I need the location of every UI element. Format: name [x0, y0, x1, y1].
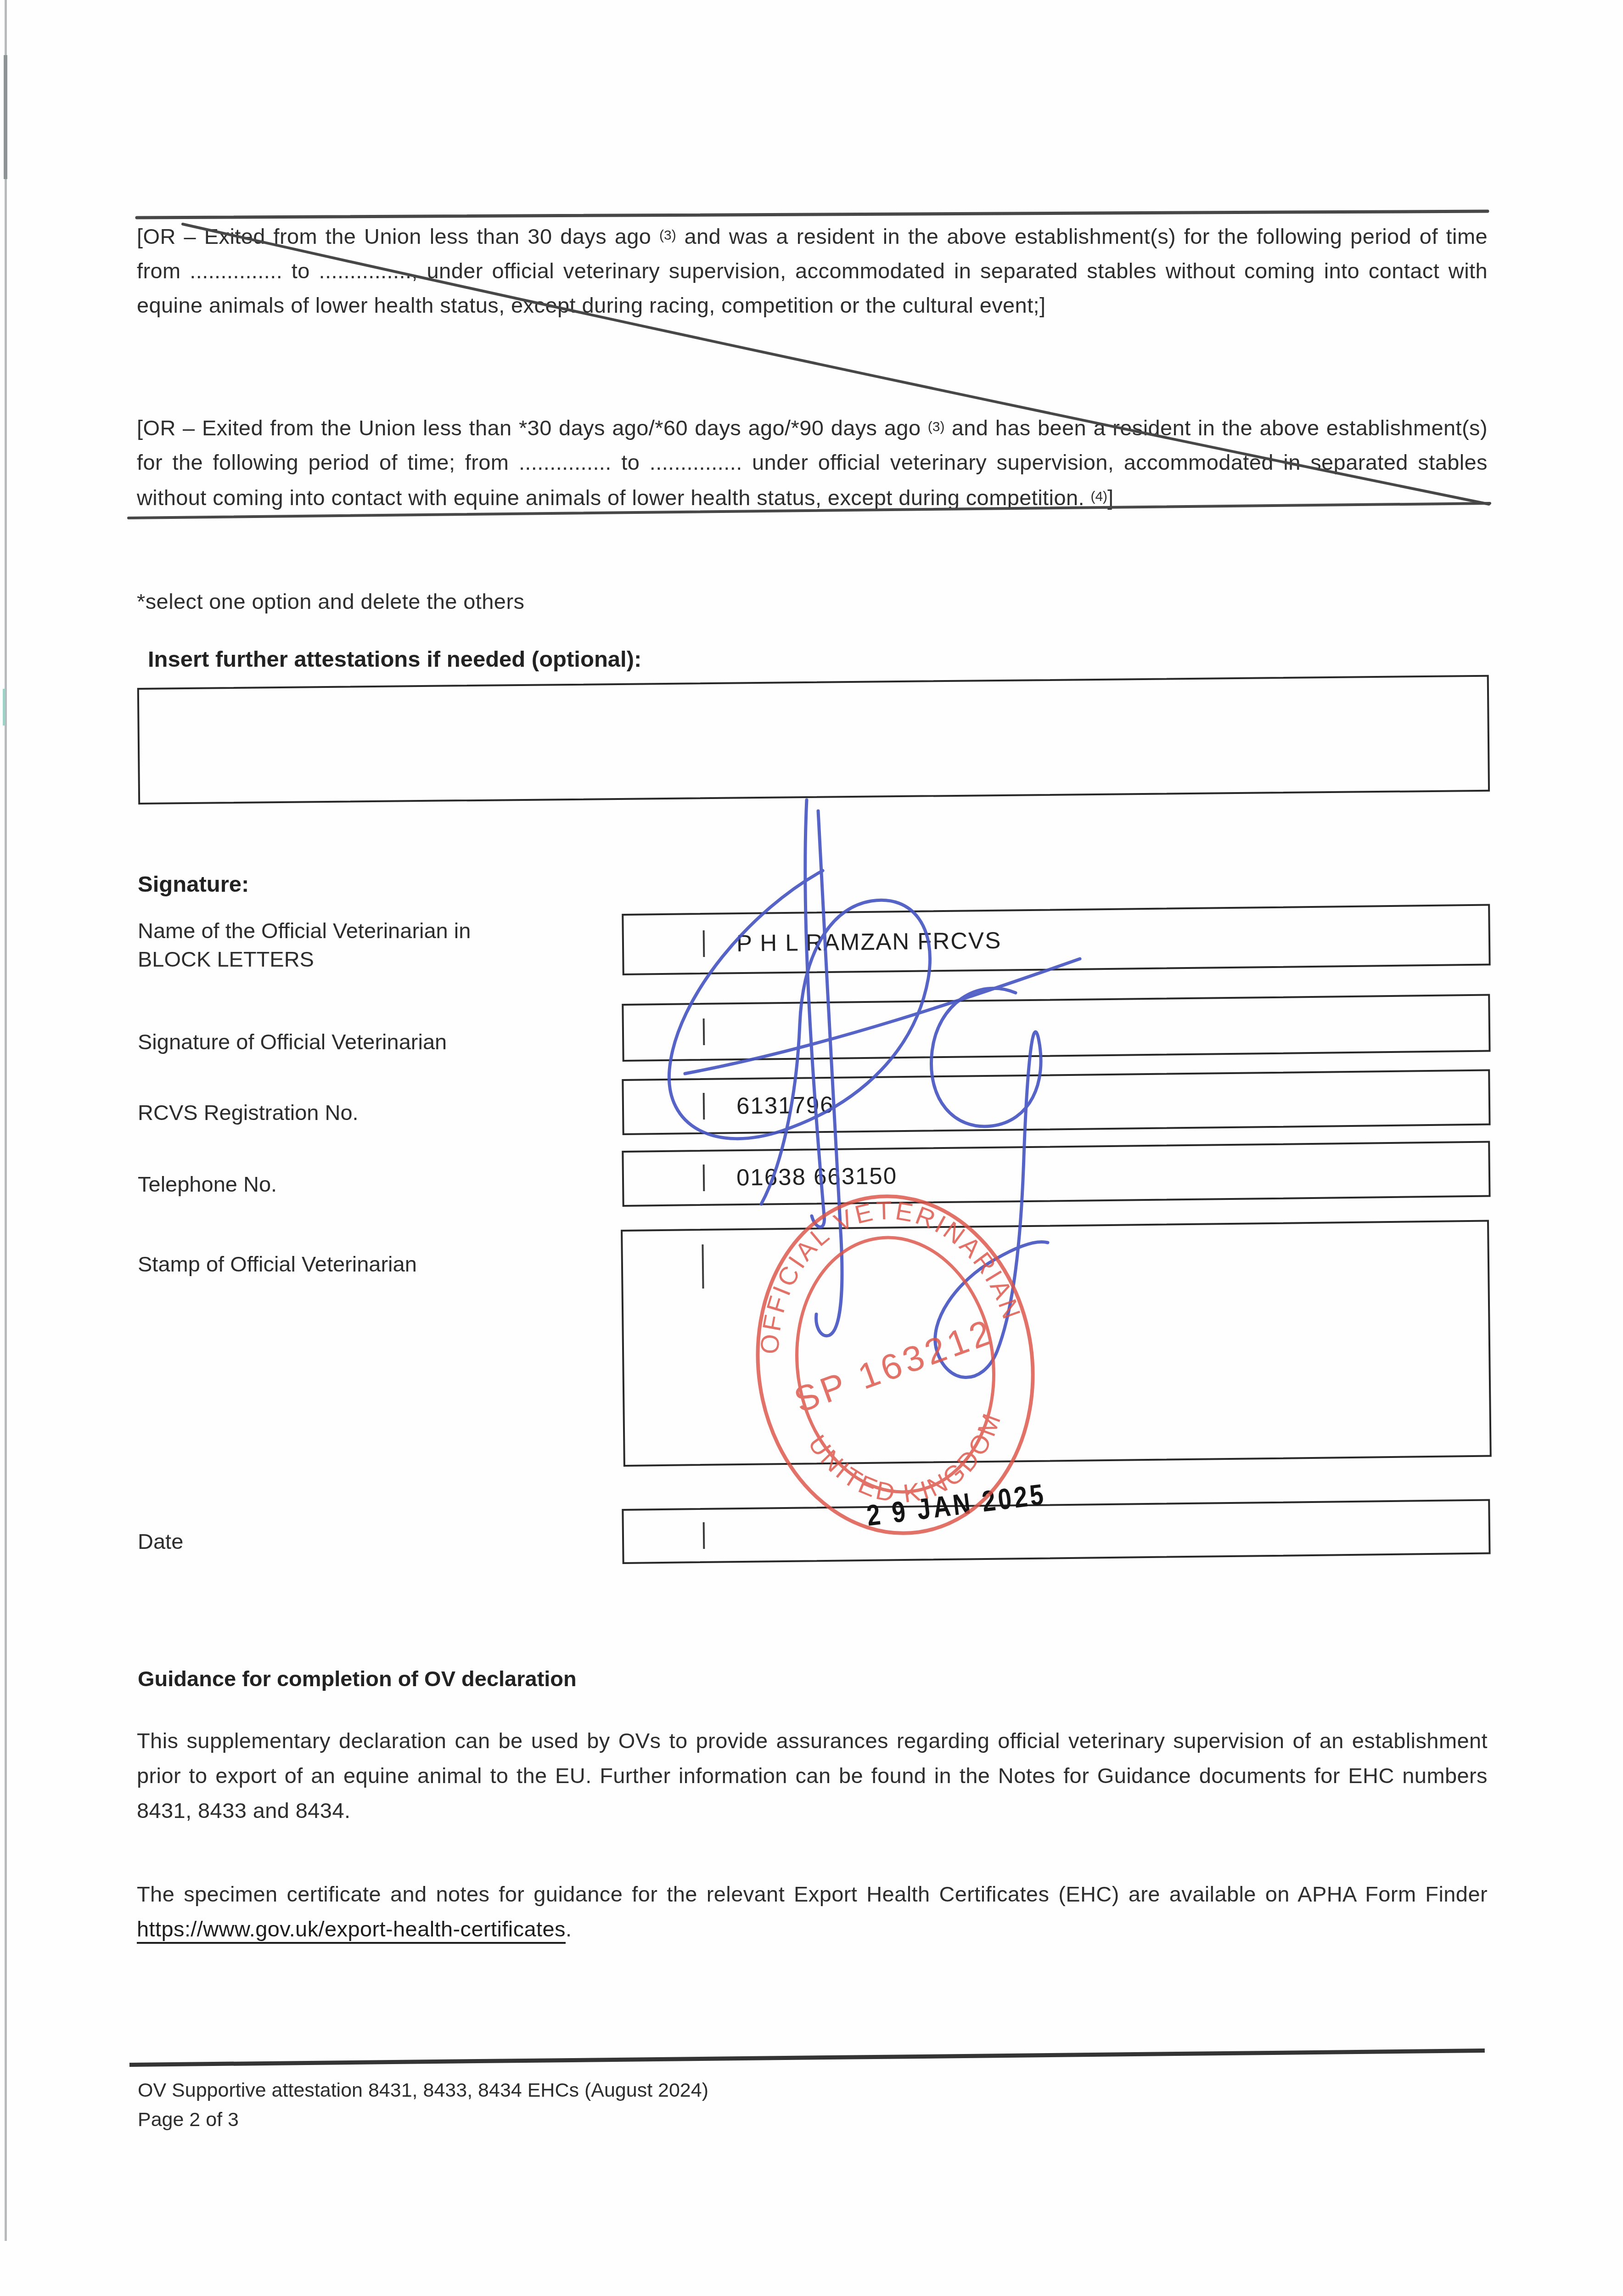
attestation-option-2-text-start: [OR – Exited from the Union less than *3…: [137, 416, 928, 440]
guidance-heading: Guidance for completion of OV declaratio…: [138, 1666, 577, 1691]
guidance-paragraph-1: This supplementary declaration can be us…: [137, 1723, 1488, 1828]
stamp-field-label: Stamp of Official Veterinarian: [138, 1250, 417, 1278]
further-attestations-box: [137, 675, 1490, 805]
scanner-edge-artifact-teal: [3, 689, 5, 726]
footnote-ref-4: (4): [1090, 489, 1107, 504]
footnote-ref-3b: (3): [928, 419, 945, 434]
signature-field-label: Signature of Official Veterinarian: [138, 1028, 447, 1056]
rcvs-number-value: 6131796: [736, 1091, 834, 1119]
date-field-label: Date: [138, 1527, 183, 1556]
guidance-paragraph-2-period: .: [566, 1917, 572, 1941]
stamp-field-box: [621, 1220, 1492, 1467]
telephone-label: Telephone No.: [138, 1170, 277, 1199]
scanner-edge-artifact: [5, 0, 7, 2241]
attestation-option-1-text-start: [OR – Exited from the Union less than 30…: [137, 224, 659, 248]
name-field-label: Name of the Official Veterinarian in BLO…: [138, 917, 471, 974]
telephone-value: 01638 663150: [736, 1162, 898, 1191]
attestation-option-2: [OR – Exited from the Union less than *3…: [137, 410, 1488, 515]
write-position-tick: [703, 1093, 705, 1120]
guidance-paragraph-2-text: The specimen certificate and notes for g…: [137, 1882, 1488, 1906]
guidance-paragraph-2: The specimen certificate and notes for g…: [137, 1877, 1488, 1947]
write-position-tick: [703, 1019, 705, 1045]
footer-doc-title: OV Supportive attestation 8431, 8433, 84…: [138, 2079, 708, 2102]
scanner-edge-artifact-dark: [4, 55, 7, 179]
write-position-tick: [703, 930, 705, 957]
telephone-box: 01638 663150: [622, 1141, 1490, 1207]
further-attestations-heading: Insert further attestations if needed (o…: [148, 647, 641, 672]
attestation-option-1: [OR – Exited from the Union less than 30…: [137, 218, 1488, 322]
scanned-document-page: [OR – Exited from the Union less than 30…: [0, 0, 1623, 2296]
footnote-ref-3: (3): [659, 228, 676, 243]
strikethrough-option-1: [137, 211, 1488, 218]
write-position-tick: [703, 1522, 705, 1549]
write-position-tick: [703, 1165, 705, 1191]
rcvs-number-label: RCVS Registration No.: [138, 1098, 359, 1127]
rcvs-number-box: 6131796: [622, 1069, 1490, 1135]
export-health-certificates-link[interactable]: https://www.gov.uk/export-health-certifi…: [137, 1917, 566, 1944]
name-field-box: P H L RAMZAN FRCVS: [622, 904, 1490, 975]
write-position-tick: [702, 1244, 704, 1289]
signature-field-box: [622, 994, 1490, 1062]
footer-divider: [129, 2048, 1485, 2067]
name-field-label-line2: BLOCK LETTERS: [138, 947, 314, 971]
name-field-value: P H L RAMZAN FRCVS: [736, 927, 1002, 957]
signature-section-heading: Signature:: [138, 872, 249, 897]
select-option-note: *select one option and delete the others: [137, 584, 1468, 619]
footer-page-number: Page 2 of 3: [138, 2109, 239, 2131]
name-field-label-line1: Name of the Official Veterinarian in: [138, 918, 471, 943]
attestation-option-2-text-end: ]: [1107, 485, 1113, 510]
